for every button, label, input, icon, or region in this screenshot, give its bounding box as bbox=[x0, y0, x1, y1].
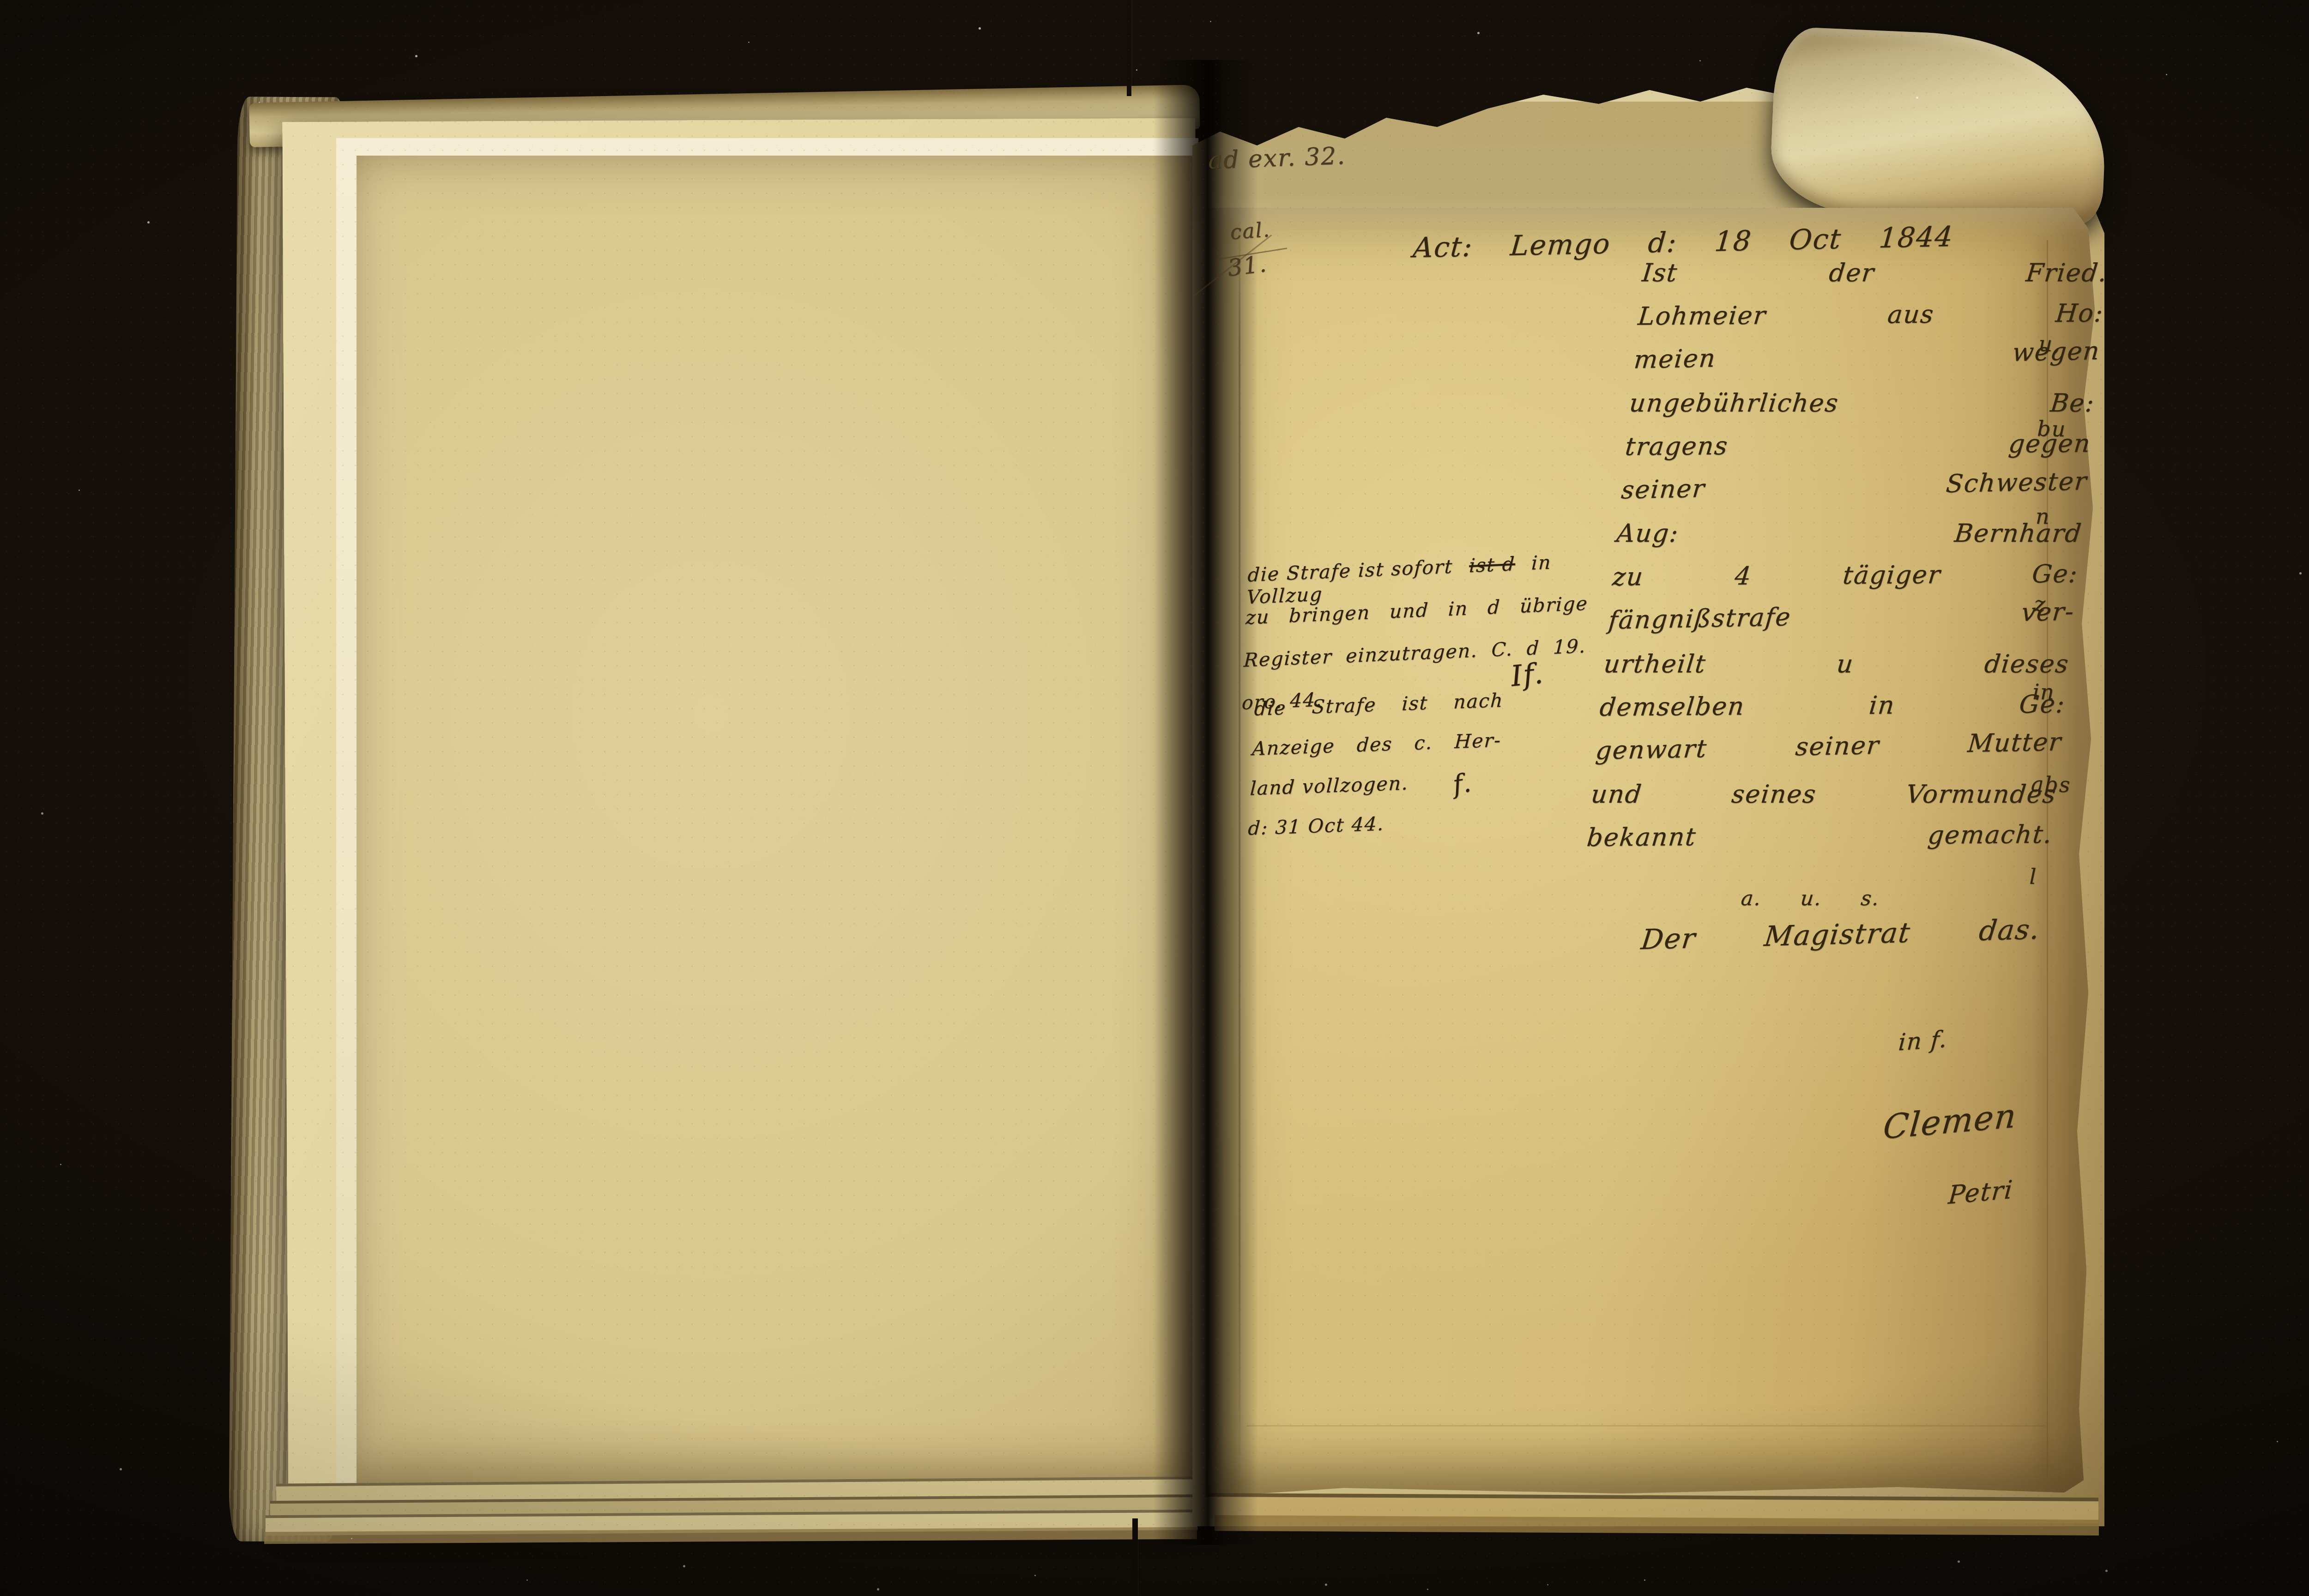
edge-fragment: in bbox=[2032, 679, 2055, 705]
curled-corner bbox=[1769, 26, 2110, 226]
edge-fragment: abs bbox=[2031, 772, 2071, 798]
edge-fragment: u, bbox=[2038, 331, 2061, 357]
book-spine-shadow bbox=[1154, 60, 1258, 1545]
book-strap-bottom bbox=[1132, 1518, 1138, 1596]
edge-fragment: bu bbox=[2037, 416, 2067, 441]
page-fold-line bbox=[1247, 1425, 2046, 1427]
struck-word: ist d bbox=[1469, 553, 1516, 577]
edge-fragment: z bbox=[2034, 592, 2046, 617]
edge-fragment: n bbox=[2036, 504, 2051, 529]
left-blank-page bbox=[357, 156, 1198, 1486]
body-line: ungebührlichesBe: bbox=[1626, 388, 2096, 432]
body-line: Aug:Bernhard bbox=[1614, 519, 2083, 562]
signature-petri: Petri bbox=[1947, 1175, 2014, 1210]
body-line: fängnißstrafever- bbox=[1606, 597, 2076, 649]
archival-photo: ad exr. 32. cal. 31. Act:Lemgod:18Oct184… bbox=[0, 0, 2309, 1596]
book-strap-top bbox=[1127, 0, 1131, 96]
dust-specks bbox=[0, 0, 1, 1]
body-line: bekanntgemacht. bbox=[1584, 820, 2054, 866]
paraph-1: If. bbox=[1509, 656, 1545, 693]
body-line: genwartseinerMutter bbox=[1593, 727, 2063, 779]
body-line: meienwegen bbox=[1632, 336, 2101, 388]
paraph-2: f. bbox=[1451, 768, 1474, 800]
body-line: seinerSchwester bbox=[1619, 466, 2088, 519]
closing-actum: a.u.s. bbox=[1740, 887, 1881, 910]
body-line: urtheiltudieses bbox=[1601, 649, 2071, 693]
edge-fragment: l bbox=[2029, 864, 2037, 889]
archival-mark-ad-ex: ad exr. 32. bbox=[1208, 142, 1346, 175]
signature-in-fidem: in f. bbox=[1898, 1026, 1949, 1056]
body-line: undseinesVormundes bbox=[1588, 780, 2058, 823]
